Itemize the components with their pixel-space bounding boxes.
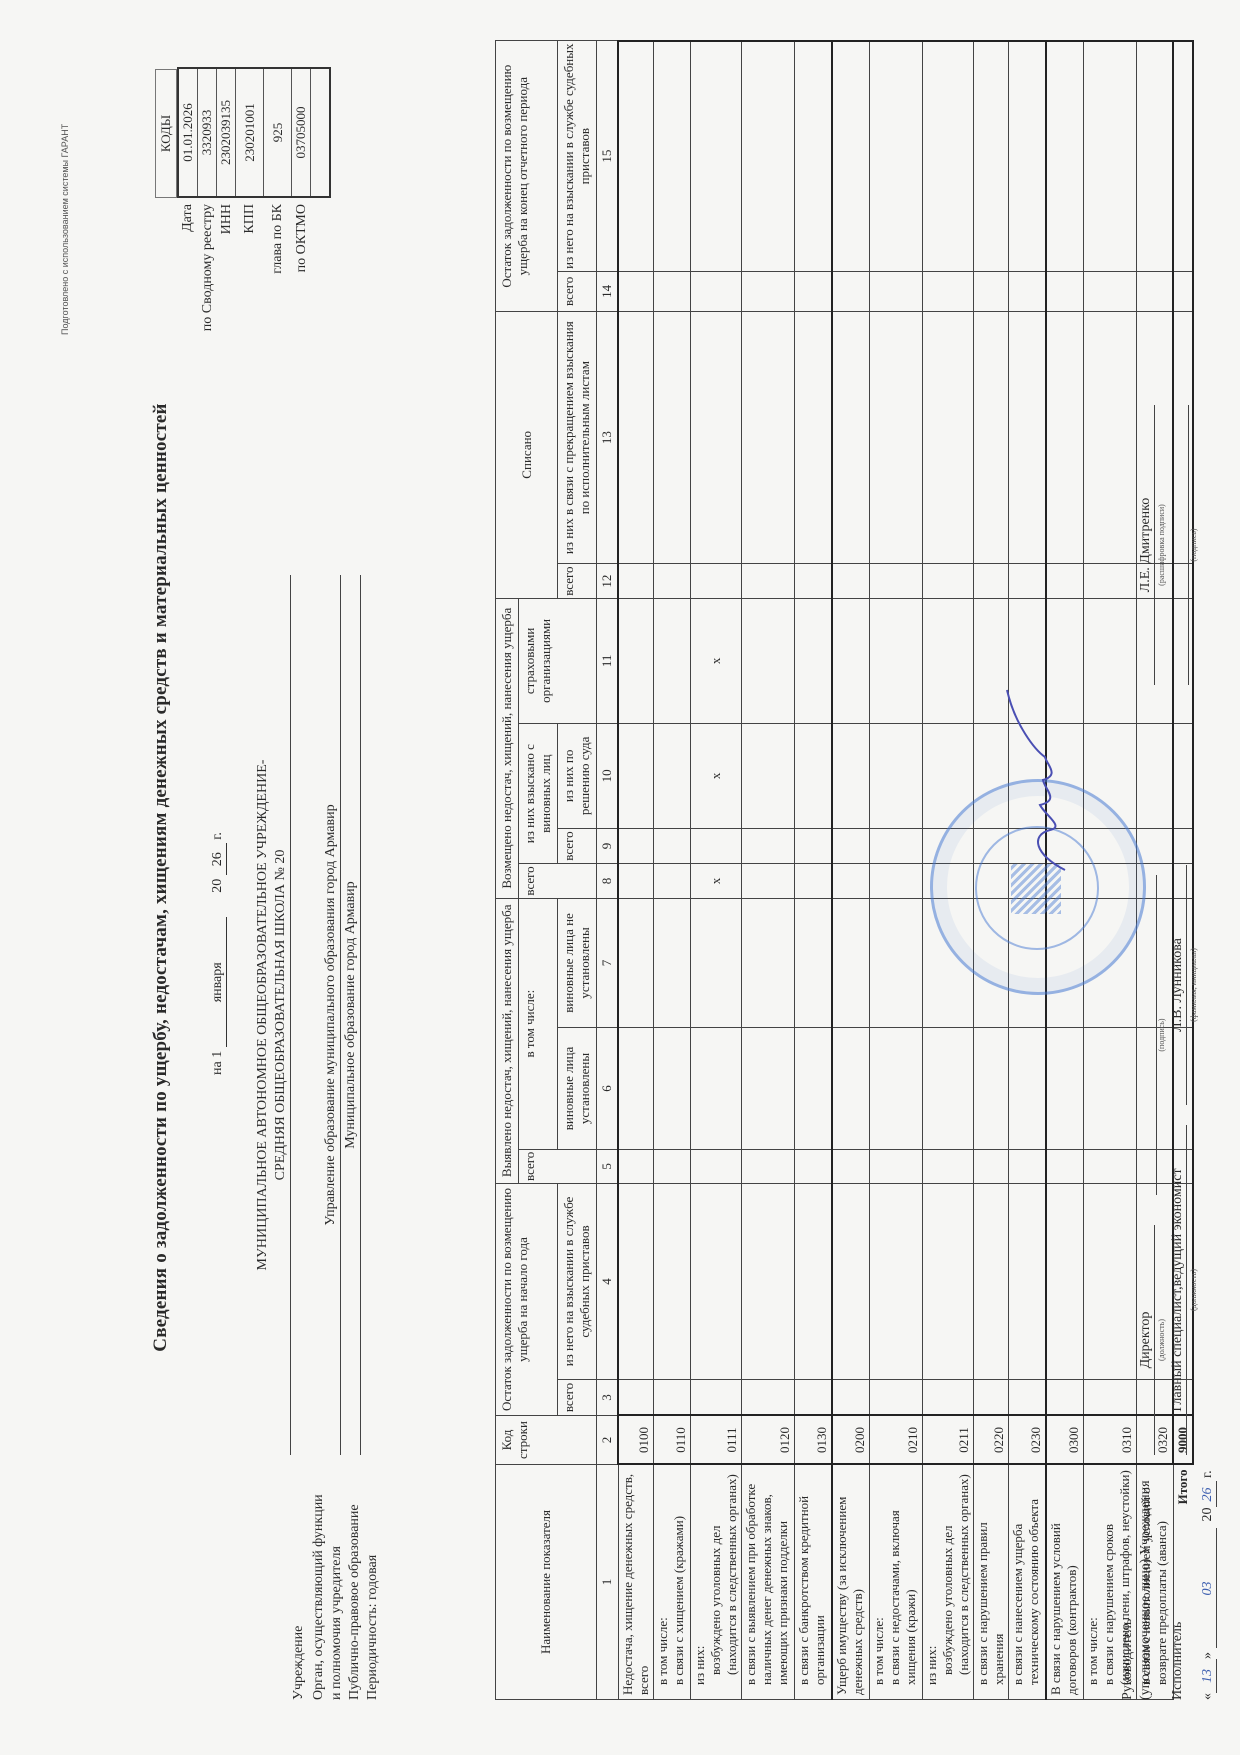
column-number: 12 — [597, 564, 619, 598]
row-cell — [653, 41, 690, 271]
row-name: в связи с выявлением при обработке налич… — [741, 1465, 794, 1700]
col-culprits-total: всего — [558, 828, 597, 864]
row-cell: x — [690, 598, 741, 723]
executor-position: Главный специалист,ведущий экономист — [1170, 1125, 1187, 1455]
row-cell — [1008, 1183, 1046, 1379]
row-name: Ущерб имуществу (за исключением денежных… — [832, 1465, 870, 1700]
row-cell — [653, 1183, 690, 1379]
row-cell — [973, 271, 1008, 311]
total-cell — [1173, 41, 1193, 271]
row-cell — [973, 1028, 1008, 1149]
row-code: 0230 — [1008, 1416, 1046, 1465]
row-cell — [653, 1379, 690, 1415]
col-start-bailiffs: из него на взыскании в службе судебных п… — [558, 1183, 597, 1379]
head-label-2: (уполномоченное лицо) Учреждения — [1138, 1480, 1154, 1700]
sign-date-suffix: г. — [1200, 1470, 1215, 1478]
column-number: 2 — [597, 1416, 619, 1465]
row-cell — [1008, 311, 1046, 564]
row-cell — [1046, 1028, 1084, 1149]
row-name: в том числе:в связи с недостачами, включ… — [869, 1465, 922, 1700]
row-name: в связи с банкротством кредитной организ… — [794, 1465, 832, 1700]
row-cell — [653, 598, 690, 723]
column-number: 5 — [597, 1149, 619, 1183]
row-cell — [741, 1028, 794, 1149]
executor-label: Исполнитель — [1170, 1622, 1186, 1700]
row-cell — [794, 864, 832, 898]
row-cell — [869, 864, 922, 898]
code-label: ИНН — [217, 197, 236, 385]
row-cell — [741, 311, 794, 564]
row-cell — [690, 1379, 741, 1415]
row-name-text: В связи с нарушением условий договоров (… — [1048, 1470, 1080, 1696]
row-name: в том числе:в связи с хищением (кражами) — [653, 1465, 690, 1700]
col-insurers: страховыми организациями — [519, 598, 597, 723]
row-name-text: в связи с банкротством кредитной организ… — [796, 1470, 828, 1686]
row-cell — [618, 1149, 653, 1183]
row-cell — [690, 1149, 741, 1183]
date-month: января — [210, 917, 227, 1047]
row-cell — [618, 311, 653, 564]
row-cell — [653, 898, 690, 1028]
row-cell — [1008, 271, 1046, 311]
date-year: 26 — [210, 843, 227, 875]
row-cell — [832, 1183, 870, 1379]
row-cell — [1046, 311, 1084, 564]
label-organ-2: и полномочия учредителя — [328, 1546, 346, 1700]
row-cell — [973, 41, 1008, 271]
institution-name-line1: МУНИЦИПАЛЬНОЕ АВТОНОМНОЕ ОБЩЕОБРАЗОВАТЕЛ… — [254, 575, 272, 1455]
column-number: 9 — [597, 828, 619, 864]
row-cell — [690, 271, 741, 311]
founder-name: Управление образование муниципального об… — [322, 575, 341, 1455]
row-cell — [869, 1028, 922, 1149]
label-ppo: Публично-правовое образование — [346, 1504, 364, 1700]
row-cell — [869, 898, 922, 1028]
sign-date: «13» 03 2026 г. — [1200, 1470, 1217, 1700]
row-cell — [869, 1149, 922, 1183]
row-name-text: Ущерб имуществу (за исключением денежных… — [834, 1470, 866, 1696]
row-cell — [794, 1149, 832, 1183]
row-cell — [741, 271, 794, 311]
row-cell — [922, 1028, 973, 1149]
code-label — [311, 197, 330, 385]
row-cell — [794, 271, 832, 311]
table-row: в связи с банкротством кредитной организ… — [794, 41, 832, 1700]
row-cell — [690, 898, 741, 1028]
executor-sign-caption: (подпись) — [1189, 405, 1198, 685]
total-cell — [1173, 271, 1193, 311]
head-name: Л.Е. Дмитренко — [1138, 405, 1155, 685]
executor-position-caption: (должность) — [1189, 1125, 1198, 1455]
row-cell — [922, 41, 973, 271]
date-prefix: на 1 — [210, 1051, 225, 1075]
code-value: 925 — [264, 68, 292, 197]
row-code: 0300 — [1046, 1416, 1084, 1465]
row-cell — [794, 1028, 832, 1149]
row-cell — [869, 564, 922, 598]
col-culprits-found: виновные лица установлены — [558, 1028, 597, 1149]
row-cell — [832, 1028, 870, 1149]
row-name-text: возбуждено уголовных дел (находится в сл… — [708, 1470, 740, 1676]
ppo-name: Муниципальное образование город Армавир — [342, 575, 361, 1455]
row-name-text: в связи с недостачами, включая хищения (… — [887, 1470, 919, 1686]
row-cell — [1083, 41, 1136, 271]
executor-name: Л.В. Лунникова — [1170, 865, 1187, 1105]
row-name-prefix: в том числе: — [871, 1470, 887, 1686]
row-name-prefix: из них: — [692, 1470, 708, 1686]
column-number: 8 — [597, 864, 619, 898]
col-name-header: Наименование показателя — [496, 1465, 597, 1700]
row-code: 0130 — [794, 1416, 832, 1465]
row-cell — [922, 598, 973, 723]
col-compensated-total: всего — [519, 864, 597, 898]
row-code: 0310 — [1083, 1416, 1136, 1465]
row-cell — [1083, 1028, 1136, 1149]
row-cell — [653, 864, 690, 898]
row-name-text: в связи с нанесением ущерба техническому… — [1010, 1470, 1042, 1686]
date-year-prefix: 20 — [210, 879, 225, 893]
row-code: 0210 — [869, 1416, 922, 1465]
row-cell — [690, 1183, 741, 1379]
row-cell — [794, 564, 832, 598]
row-code: 0111 — [690, 1416, 741, 1465]
row-name-text: в связи с нарушением правил хранения — [975, 1470, 1007, 1686]
source-note: Подготовлено с использованием системы ГА… — [60, 124, 70, 335]
row-cell — [690, 828, 741, 864]
row-cell — [832, 564, 870, 598]
row-name: в связи с нарушением правил хранения — [973, 1465, 1008, 1700]
col-from-culprits: из них взыскано с виновных лиц — [519, 723, 558, 863]
col-compensated-header: Возмещено недостач, хищений, нанесения у… — [496, 598, 519, 898]
col-end-bailiffs: из него на взыскании в службе судебных п… — [558, 41, 597, 271]
document-sheet: Подготовлено с использованием системы ГА… — [0, 0, 1240, 1755]
row-cell — [618, 1183, 653, 1379]
column-number: 3 — [597, 1379, 619, 1415]
institution-name: МУНИЦИПАЛЬНОЕ АВТОНОМНОЕ ОБЩЕОБРАЗОВАТЕЛ… — [254, 575, 291, 1455]
report-date-line: на 1 января 20 26 г. — [210, 832, 227, 1075]
row-name: Недостача, хищение денежных средств, все… — [618, 1465, 653, 1700]
row-cell — [832, 1379, 870, 1415]
row-name: из них:возбуждено уголовных дел (находит… — [922, 1465, 973, 1700]
label-institution: Учреждение — [290, 1626, 308, 1700]
row-cell — [1083, 1183, 1136, 1379]
row-code: 0211 — [922, 1416, 973, 1465]
col-end-balance-header: Остаток задолженности по возмещению ущер… — [496, 41, 558, 311]
row-cell — [832, 723, 870, 828]
row-cell — [618, 828, 653, 864]
row-code: 0120 — [741, 1416, 794, 1465]
row-cell — [973, 564, 1008, 598]
head-position: Директор — [1138, 1225, 1155, 1455]
col-end-total: всего — [558, 271, 597, 311]
row-cell — [618, 271, 653, 311]
col-by-court: из них по решению суда — [558, 723, 597, 828]
row-cell — [973, 598, 1008, 723]
col-revealed-including: в том числе: — [519, 898, 558, 1149]
row-cell — [922, 311, 973, 564]
row-cell — [832, 1149, 870, 1183]
row-cell — [869, 271, 922, 311]
row-name: В связи с нарушением условий договоров (… — [1046, 1465, 1084, 1700]
row-cell — [618, 564, 653, 598]
row-name-text: в связи с хищением (кражами) — [671, 1470, 687, 1686]
label-organ-1: Орган, осуществляющий функции — [310, 1494, 328, 1700]
column-number: 13 — [597, 311, 619, 564]
code-value — [311, 68, 330, 197]
row-cell — [794, 828, 832, 864]
head-name-caption: (расшифровка подписи) — [1157, 405, 1166, 685]
head-sign-caption: (подпись) — [1157, 875, 1166, 1195]
column-number: 7 — [597, 898, 619, 1028]
codes-header: КОДЫ — [156, 70, 177, 198]
code-label: Дата — [178, 197, 198, 385]
row-cell — [690, 1028, 741, 1149]
row-cell — [1083, 271, 1136, 311]
col-writeoff-total: всего — [558, 564, 597, 598]
row-cell — [1046, 1379, 1084, 1415]
row-cell — [794, 598, 832, 723]
row-cell — [1136, 41, 1173, 271]
row-cell — [832, 41, 870, 271]
row-cell — [741, 828, 794, 864]
row-cell — [922, 564, 973, 598]
row-name-text: в связи с выявлением при обработке налич… — [743, 1470, 791, 1686]
row-cell — [1046, 564, 1084, 598]
row-cell — [618, 598, 653, 723]
row-cell — [618, 723, 653, 828]
row-cell — [1083, 1379, 1136, 1415]
row-cell — [1008, 1149, 1046, 1183]
col-code-header: Код строки — [496, 1416, 597, 1465]
label-periodicity: Периодичность: годовая — [364, 1555, 382, 1700]
col-revealed-total: всего — [519, 1149, 597, 1183]
row-cell — [653, 271, 690, 311]
sign-date-year: 26 — [1200, 1482, 1217, 1508]
row-cell — [1083, 1149, 1136, 1183]
row-cell — [832, 311, 870, 564]
row-cell — [794, 311, 832, 564]
row-cell: x — [690, 864, 741, 898]
row-cell — [869, 1183, 922, 1379]
row-cell — [973, 1149, 1008, 1183]
row-cell — [741, 1183, 794, 1379]
row-cell — [1008, 564, 1046, 598]
row-cell — [794, 898, 832, 1028]
row-cell — [1008, 1379, 1046, 1415]
code-label: по ОКТМО — [292, 197, 311, 385]
row-cell — [741, 598, 794, 723]
row-cell — [653, 1028, 690, 1149]
row-cell — [794, 1379, 832, 1415]
row-cell — [741, 41, 794, 271]
row-cell — [653, 1149, 690, 1183]
row-cell — [832, 271, 870, 311]
row-cell — [1083, 598, 1136, 723]
row-name-text: Недостача, хищение денежных средств, все… — [620, 1470, 652, 1696]
column-number: 10 — [597, 723, 619, 828]
row-cell — [869, 828, 922, 864]
row-cell — [618, 1028, 653, 1149]
row-cell — [922, 271, 973, 311]
row-cell — [922, 1149, 973, 1183]
row-code: 0200 — [832, 1416, 870, 1465]
row-cell — [869, 41, 922, 271]
row-cell — [653, 564, 690, 598]
row-cell — [741, 1149, 794, 1183]
code-value: 230201001 — [236, 68, 264, 197]
row-cell — [832, 864, 870, 898]
row-cell — [832, 828, 870, 864]
col-writeoff-termination: из них в связи с прекращением взыскания … — [558, 311, 597, 564]
row-cell — [922, 1379, 973, 1415]
col-revealed-header: Выявлено недостач, хищений, нанесения ущ… — [496, 898, 519, 1183]
row-cell — [653, 828, 690, 864]
row-cell — [1046, 271, 1084, 311]
handwritten-signature — [1005, 685, 1085, 875]
code-value: 3320933 — [198, 68, 217, 197]
row-cell — [618, 41, 653, 271]
row-cell — [869, 1379, 922, 1415]
row-cell — [741, 864, 794, 898]
row-code: 0220 — [973, 1416, 1008, 1465]
row-cell — [794, 723, 832, 828]
institution-name-line2: СРЕДНЯЯ ОБЩЕОБРАЗОВАТЕЛЬНАЯ ШКОЛА № 20 — [272, 575, 290, 1455]
table-row: в том числе:в связи с хищением (кражами)… — [653, 41, 690, 1700]
total-cell — [1173, 828, 1193, 864]
col-start-total: всего — [558, 1379, 597, 1415]
table-row: Недостача, хищение денежных средств, все… — [618, 41, 653, 1700]
row-name-text: возбуждено уголовных дел (находится в сл… — [940, 1470, 972, 1676]
code-label: КПП — [236, 197, 264, 385]
row-cell — [1008, 1028, 1046, 1149]
row-cell — [618, 898, 653, 1028]
row-cell — [1136, 271, 1173, 311]
sign-date-month: 03 — [1200, 1529, 1217, 1649]
table-row: Ущерб имуществу (за исключением денежных… — [832, 41, 870, 1700]
row-cell — [973, 311, 1008, 564]
column-number: 11 — [597, 598, 619, 723]
sign-date-year-prefix: 20 — [1200, 1508, 1215, 1522]
table-row: из них:возбуждено уголовных дел (находит… — [690, 41, 741, 1700]
column-number: 1 — [597, 1465, 619, 1700]
date-suffix: г. — [210, 832, 225, 840]
row-cell — [741, 898, 794, 1028]
row-name-prefix: из них: — [924, 1470, 940, 1686]
row-cell — [653, 311, 690, 564]
column-number: 6 — [597, 1028, 619, 1149]
total-cell — [1173, 723, 1193, 828]
row-cell — [794, 1183, 832, 1379]
row-cell — [922, 1183, 973, 1379]
row-cell — [618, 1379, 653, 1415]
column-number: 14 — [597, 271, 619, 311]
column-number: 4 — [597, 1183, 619, 1379]
head-position-caption: (должность) — [1157, 1225, 1166, 1455]
row-code: 0100 — [618, 1416, 653, 1465]
row-cell — [741, 723, 794, 828]
table-row: в том числе:в связи с недостачами, включ… — [869, 41, 922, 1700]
code-value: 01.01.2026 — [178, 68, 198, 197]
col-written-off-header: Списано — [496, 311, 558, 598]
row-cell: x — [690, 723, 741, 828]
table-row: в связи с выявлением при обработке налич… — [741, 41, 794, 1700]
codes-block: КОДЫ Дата01.01.2026по Сводному реестру33… — [155, 67, 331, 385]
row-cell — [869, 598, 922, 723]
row-cell — [690, 564, 741, 598]
row-cell — [869, 311, 922, 564]
row-cell — [653, 723, 690, 828]
row-name-prefix: в том числе: — [655, 1470, 671, 1686]
row-cell — [794, 41, 832, 271]
row-cell — [869, 723, 922, 828]
row-name: в связи с нанесением ущерба техническому… — [1008, 1465, 1046, 1700]
row-cell — [741, 564, 794, 598]
code-value: 2302039135 — [217, 68, 236, 197]
row-name-prefix: в том числе: — [1085, 1470, 1101, 1686]
row-cell — [1083, 311, 1136, 564]
row-cell — [832, 598, 870, 723]
row-cell — [1083, 564, 1136, 598]
row-code: 0110 — [653, 1416, 690, 1465]
row-cell — [690, 311, 741, 564]
executor-name-caption: (фамилия, инициалы) — [1189, 865, 1198, 1105]
code-label: по Сводному реестру — [198, 197, 217, 385]
row-cell — [832, 898, 870, 1028]
row-cell — [741, 1379, 794, 1415]
column-number: 15 — [597, 41, 619, 271]
code-label: глава по БК — [264, 197, 292, 385]
row-cell — [618, 864, 653, 898]
row-cell — [973, 1379, 1008, 1415]
row-cell — [1008, 41, 1046, 271]
code-value: 03705000 — [292, 68, 311, 197]
row-cell — [1136, 723, 1173, 828]
row-cell — [690, 41, 741, 271]
col-culprits-not-found: виновные лица не установлены — [558, 898, 597, 1028]
row-cell — [973, 1183, 1008, 1379]
sign-date-day: 13 — [1200, 1659, 1217, 1693]
row-name: из них:возбуждено уголовных дел (находит… — [690, 1465, 741, 1700]
row-cell — [1046, 41, 1084, 271]
row-cell — [1046, 1149, 1084, 1183]
head-label-1: Руководитель — [1120, 1619, 1136, 1700]
row-cell — [1046, 1183, 1084, 1379]
col-start-balance-header: Остаток задолженности по возмещению ущер… — [496, 1183, 558, 1415]
